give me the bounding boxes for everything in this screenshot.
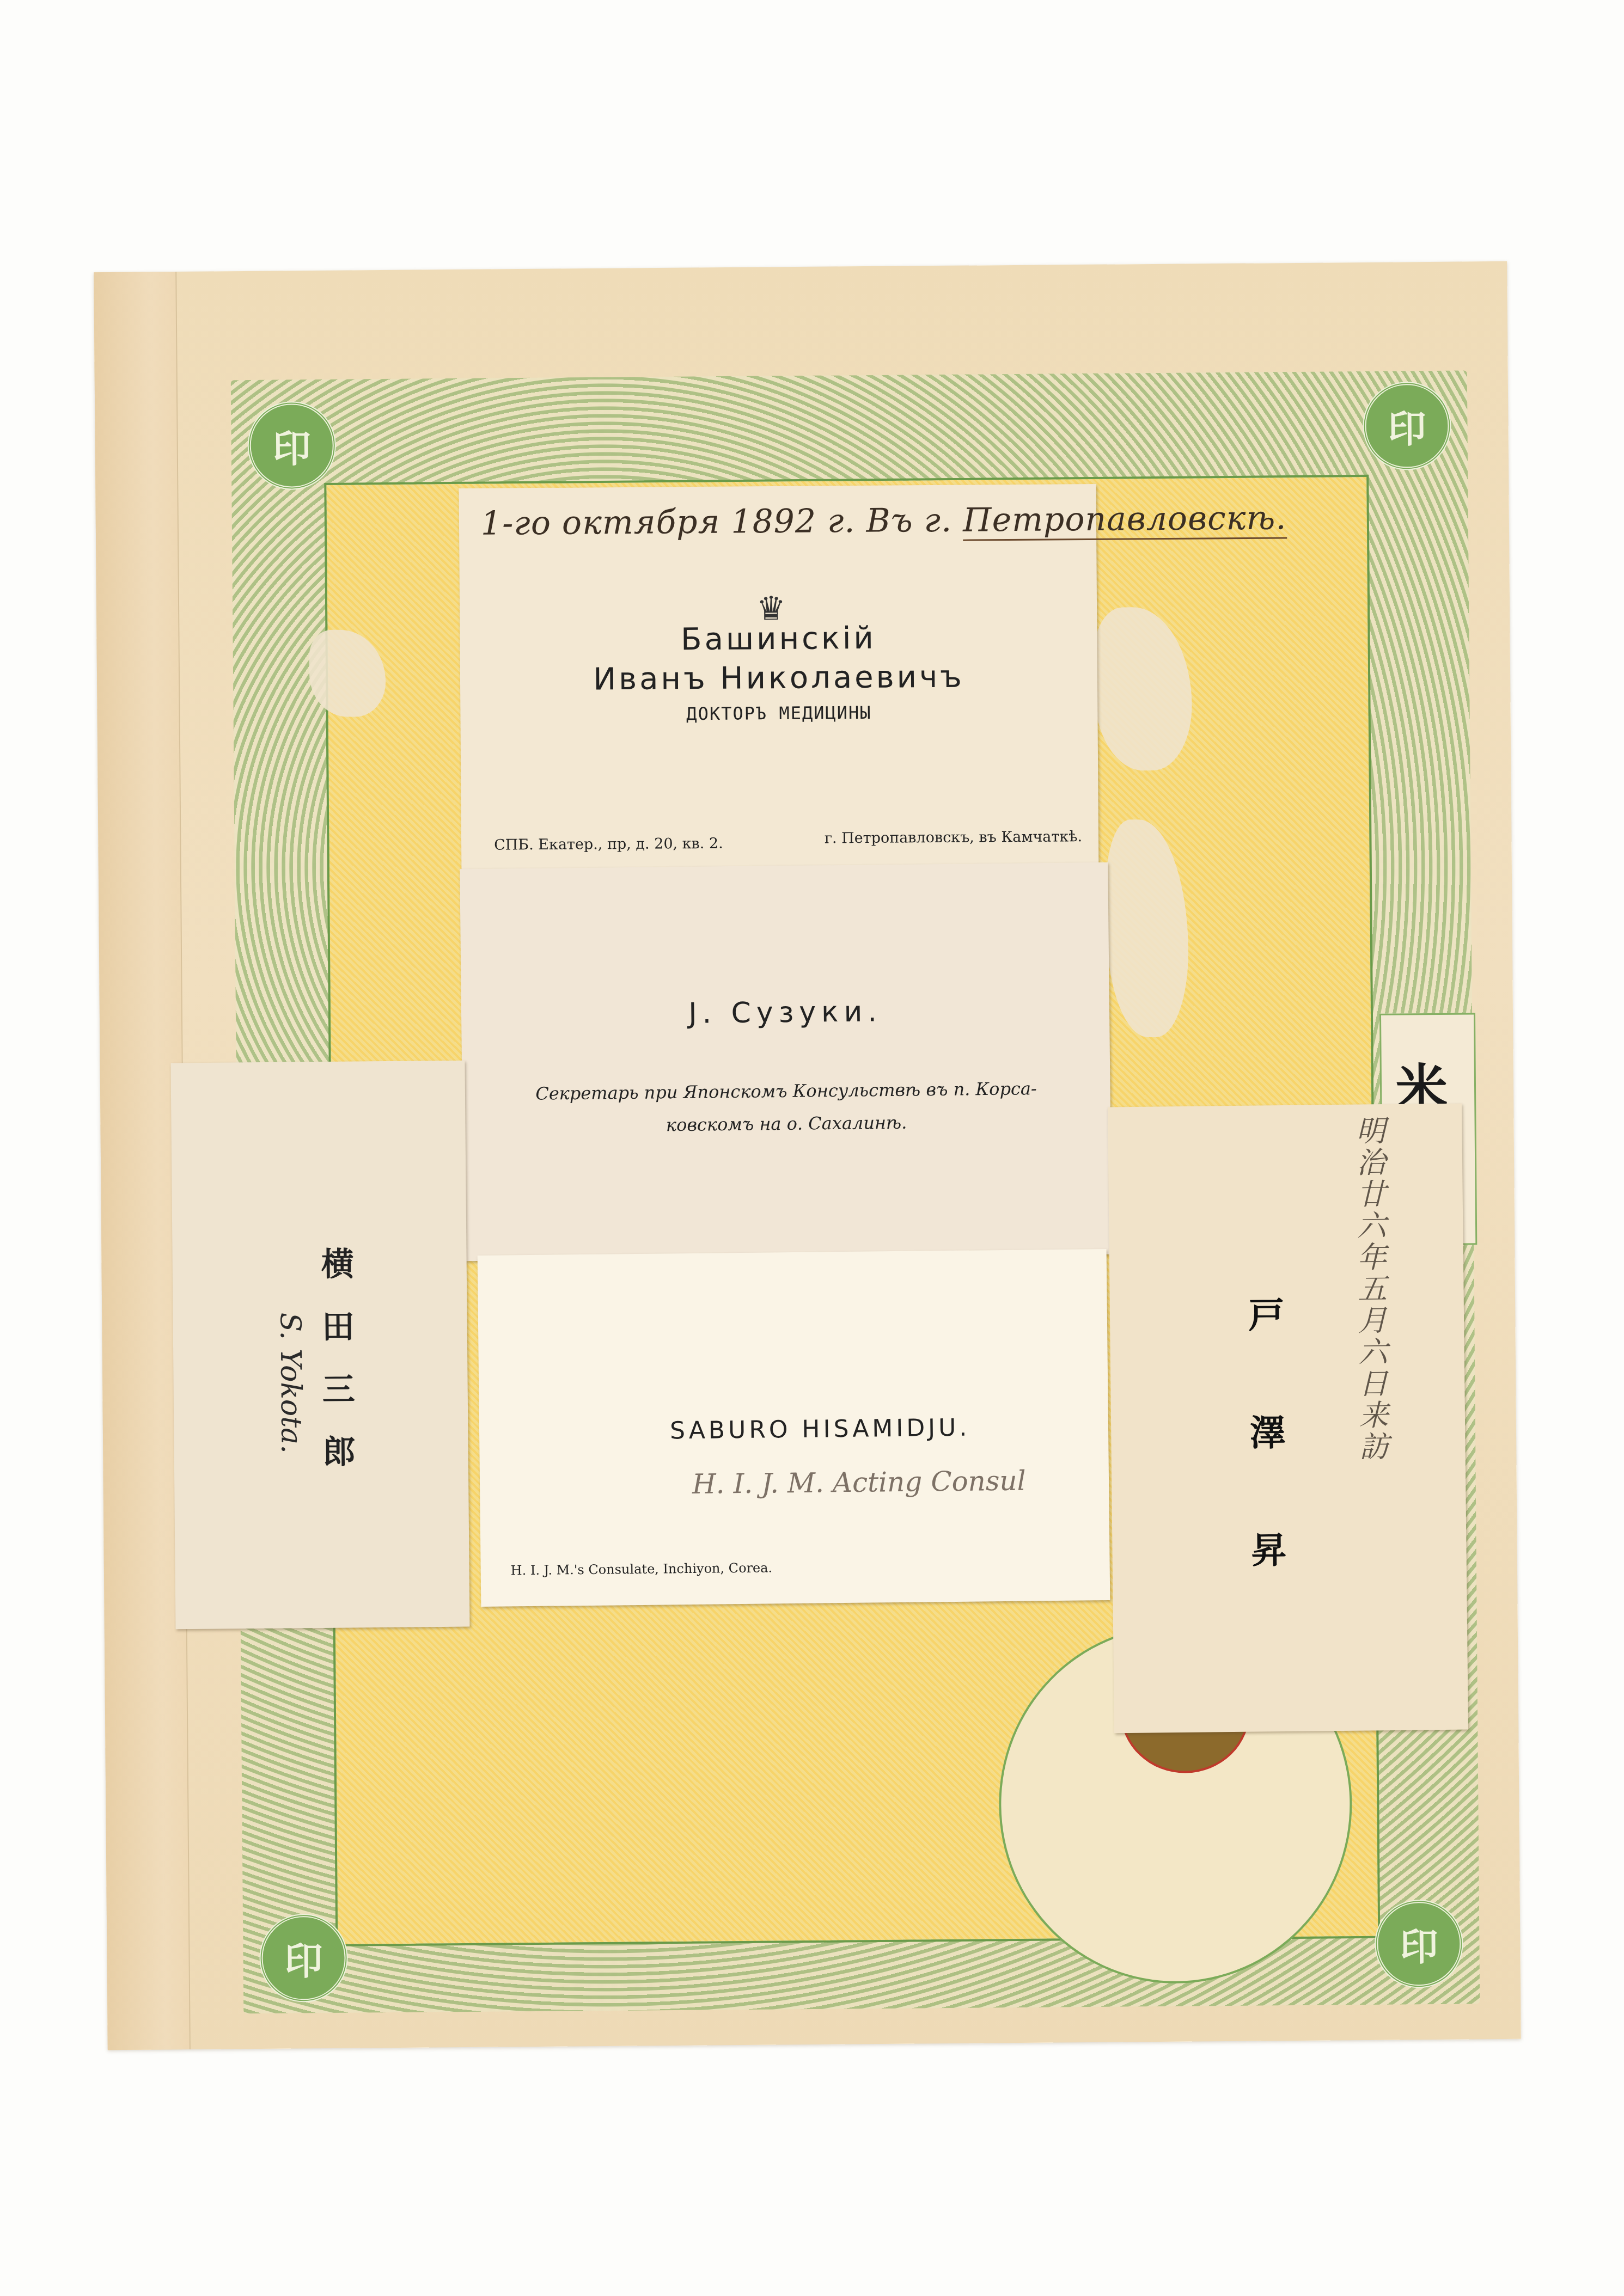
card-given-names: Иванъ Николаевичъ xyxy=(460,658,1097,698)
card-kanji-name: 横田三郎 xyxy=(311,1246,360,1497)
card-surname: Башинскій xyxy=(460,619,1097,659)
corner-seal-icon: 印 xyxy=(259,1914,348,2003)
card-name: SABURO HISAMIDJU. xyxy=(670,1414,970,1445)
corner-seal-icon: 印 xyxy=(1375,1900,1463,1988)
corner-seal-icon: 印 xyxy=(247,401,336,490)
card-address: H. I. J. M.'s Consulate, Inchiyon, Corea… xyxy=(511,1560,773,1578)
corner-seal-icon: 印 xyxy=(1363,382,1451,470)
card-name: J. Сузуки. xyxy=(461,993,1110,1032)
card-romaji-name: S. Yokota. xyxy=(273,1312,307,1454)
card-position-line1: Секретарь при Японскомъ Консульствѣ въ п… xyxy=(462,1077,1110,1105)
card-title: ДОКТОРЪ МЕДИЦИНЫ xyxy=(460,701,1097,726)
business-card-suzuki: J. Сузуки. Секретарь при Японскомъ Консу… xyxy=(460,862,1112,1261)
business-card-hisamidju: SABURO HISAMIDJU. H. I. J. M. Acting Con… xyxy=(478,1249,1110,1607)
handwritten-date-note: 1-го октября 1892 г. Въ г. Петропавловск… xyxy=(481,499,1287,542)
card-kanji-name: 戸澤昇 xyxy=(1238,1296,1293,1649)
handwritten-visit-date: 明治廿六年五月六日来訪 xyxy=(1347,1115,1393,1463)
card-address-right: г. Петропавловскъ, въ Камчаткѣ. xyxy=(825,828,1082,847)
card-address-left: СПБ. Екатер., пр, д. 20, кв. 2. xyxy=(494,835,723,854)
handwritten-role-note: H. I. J. M. Acting Consul xyxy=(692,1465,1026,1500)
card-position-line2: ковскомъ на о. Сахалинѣ. xyxy=(462,1110,1110,1137)
business-card-tozawa: 戸澤昇 明治廿六年五月六日来訪 xyxy=(1108,1104,1468,1734)
business-card-yokota: 横田三郎 S. Yokota. xyxy=(170,1061,469,1630)
business-card-bashinsky: 1-го октября 1892 г. Въ г. Петропавловск… xyxy=(459,484,1099,878)
